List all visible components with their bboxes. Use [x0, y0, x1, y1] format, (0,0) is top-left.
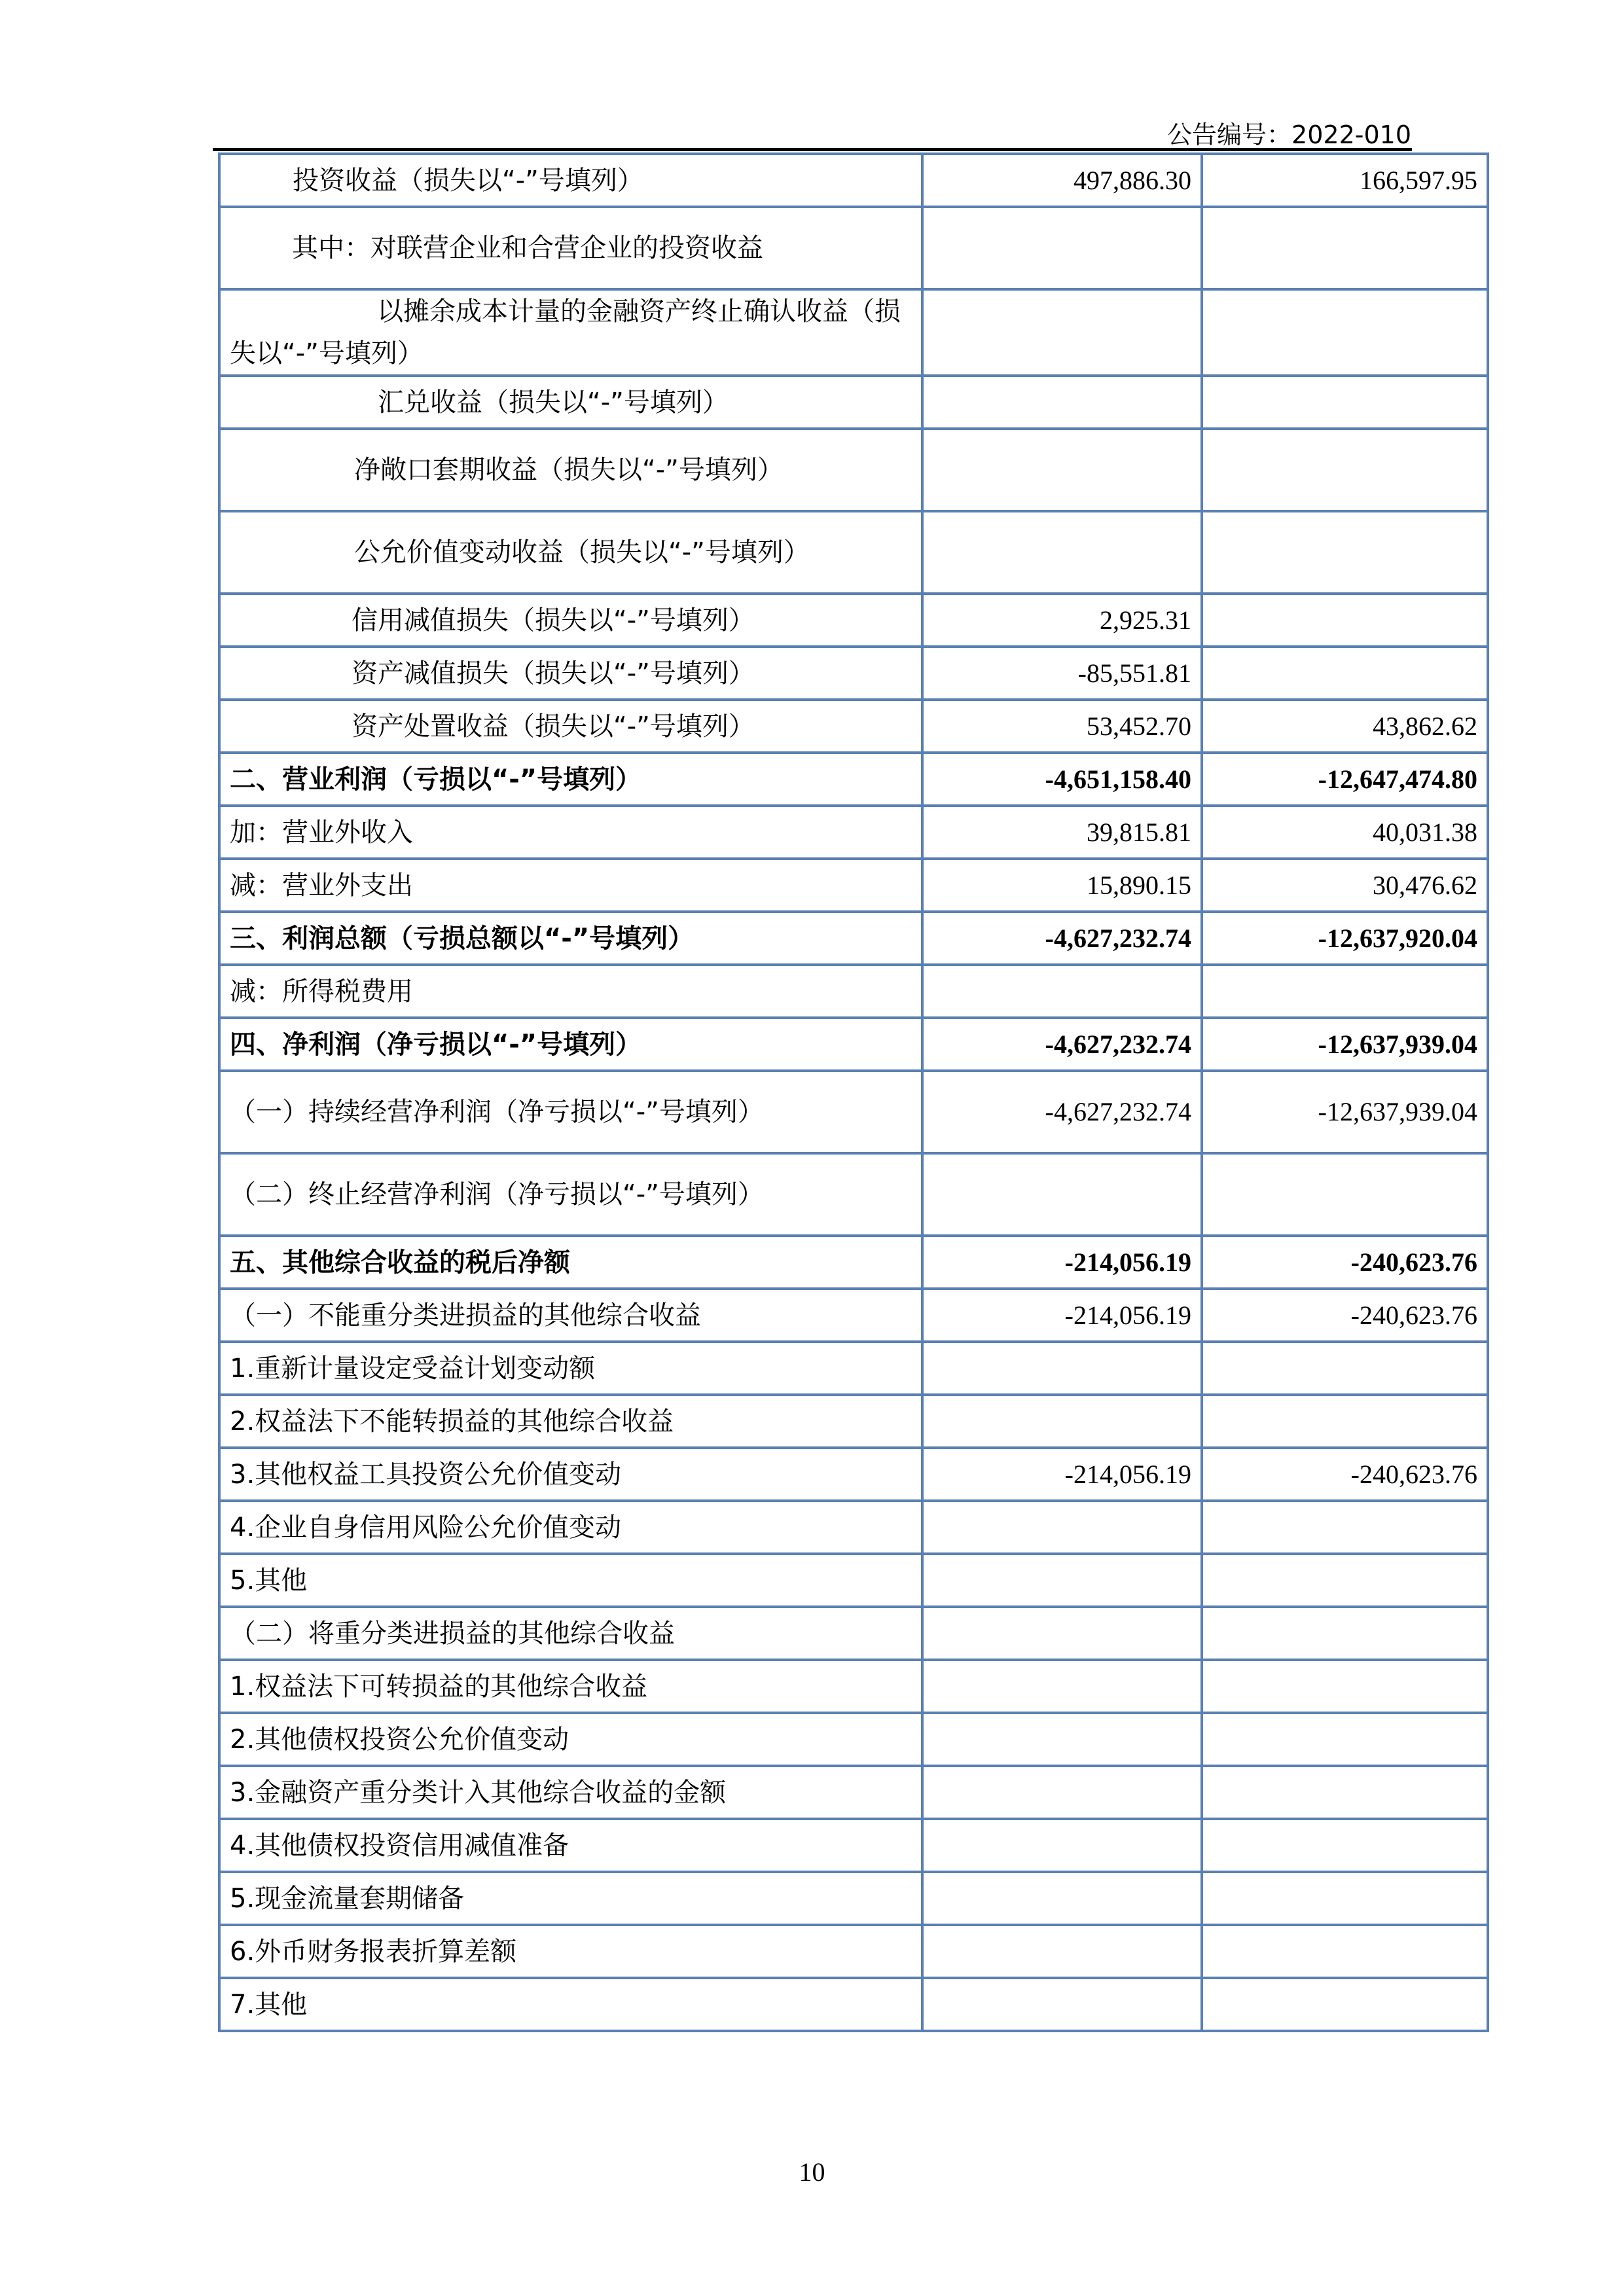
current-period-value — [922, 1607, 1202, 1660]
row-label: 净敞口套期收益（损失以“-”号填列） — [219, 429, 922, 511]
current-period-value — [922, 1395, 1202, 1448]
table-row-subtotal: 三、利润总额（亏损总额以“-”号填列） -4,627,232.74 -12,63… — [219, 912, 1488, 965]
current-period-value: -4,627,232.74 — [922, 912, 1202, 965]
prior-period-value — [1202, 207, 1488, 289]
row-label: （二）终止经营净利润（净亏损以“-”号填列） — [219, 1153, 922, 1236]
current-period-value: 53,452.70 — [922, 700, 1202, 753]
current-period-value: -4,651,158.40 — [922, 753, 1202, 806]
table-row-subtotal: 五、其他综合收益的税后净额 -214,056.19 -240,623.76 — [219, 1236, 1488, 1289]
table-row: 1.权益法下可转损益的其他综合收益 — [219, 1660, 1488, 1713]
table-row-subtotal: 二、营业利润（亏损以“-”号填列） -4,651,158.40 -12,647,… — [219, 753, 1488, 806]
current-period-value: 497,886.30 — [922, 154, 1202, 207]
prior-period-value — [1202, 1978, 1488, 2031]
prior-period-value — [1202, 1395, 1488, 1448]
prior-period-value — [1202, 376, 1488, 429]
table-row: 加：营业外收入 39,815.81 40,031.38 — [219, 806, 1488, 859]
table-row: 2.权益法下不能转损益的其他综合收益 — [219, 1395, 1488, 1448]
prior-period-value — [1202, 1819, 1488, 1872]
income-statement-table: 投资收益（损失以“-”号填列） 497,886.30 166,597.95 其中… — [218, 152, 1489, 2032]
table-row: 资产处置收益（损失以“-”号填列） 53,452.70 43,862.62 — [219, 700, 1488, 753]
announcement-number: 公告编号：2022-010 — [1167, 115, 1411, 151]
prior-period-value: -240,623.76 — [1202, 1289, 1488, 1342]
table-row: 5.其他 — [219, 1554, 1488, 1607]
current-period-value — [922, 1342, 1202, 1395]
row-label: 加：营业外收入 — [219, 806, 922, 859]
row-label: 信用减值损失（损失以“-”号填列） — [219, 594, 922, 647]
row-label: 3.其他权益工具投资公允价值变动 — [219, 1448, 922, 1501]
prior-period-value — [1202, 1925, 1488, 1978]
row-label: 2.权益法下不能转损益的其他综合收益 — [219, 1395, 922, 1448]
row-label: 其中：对联营企业和合营企业的投资收益 — [219, 207, 922, 289]
row-label: （一）持续经营净利润（净亏损以“-”号填列） — [219, 1071, 922, 1153]
row-label: （一）不能重分类进损益的其他综合收益 — [219, 1289, 922, 1342]
row-label: 4.其他债权投资信用减值准备 — [219, 1819, 922, 1872]
prior-period-value — [1202, 1713, 1488, 1766]
prior-period-value: -240,623.76 — [1202, 1236, 1488, 1289]
row-label: 6.外币财务报表折算差额 — [219, 1925, 922, 1978]
table-row: 7.其他 — [219, 1978, 1488, 2031]
row-label: 四、净利润（净亏损以“-”号填列） — [219, 1018, 922, 1071]
current-period-value — [922, 376, 1202, 429]
header-rule — [213, 148, 1412, 151]
prior-period-value: -240,623.76 — [1202, 1448, 1488, 1501]
current-period-value — [922, 289, 1202, 376]
current-period-value: -4,627,232.74 — [922, 1018, 1202, 1071]
table-row: 信用减值损失（损失以“-”号填列） 2,925.31 — [219, 594, 1488, 647]
prior-period-value: -12,637,920.04 — [1202, 912, 1488, 965]
current-period-value — [922, 511, 1202, 594]
table-row: 3.其他权益工具投资公允价值变动 -214,056.19 -240,623.76 — [219, 1448, 1488, 1501]
prior-period-value: 30,476.62 — [1202, 859, 1488, 912]
table-row: 以摊余成本计量的金融资产终止确认收益（损失以“-”号填列） — [219, 289, 1488, 376]
row-label: 1.重新计量设定受益计划变动额 — [219, 1342, 922, 1395]
prior-period-value — [1202, 429, 1488, 511]
current-period-value — [922, 1554, 1202, 1607]
table-row: 6.外币财务报表折算差额 — [219, 1925, 1488, 1978]
current-period-value: 2,925.31 — [922, 594, 1202, 647]
current-period-value: -214,056.19 — [922, 1448, 1202, 1501]
row-label: 1.权益法下可转损益的其他综合收益 — [219, 1660, 922, 1713]
table-row: 减：营业外支出 15,890.15 30,476.62 — [219, 859, 1488, 912]
prior-period-value — [1202, 1554, 1488, 1607]
row-label: 资产减值损失（损失以“-”号填列） — [219, 647, 922, 700]
table-row: 投资收益（损失以“-”号填列） 497,886.30 166,597.95 — [219, 154, 1488, 207]
table-row: （一）持续经营净利润（净亏损以“-”号填列） -4,627,232.74 -12… — [219, 1071, 1488, 1153]
table-row: 公允价值变动收益（损失以“-”号填列） — [219, 511, 1488, 594]
row-label: 4.企业自身信用风险公允价值变动 — [219, 1501, 922, 1554]
prior-period-value — [1202, 1766, 1488, 1819]
current-period-value: 39,815.81 — [922, 806, 1202, 859]
table-row: 1.重新计量设定受益计划变动额 — [219, 1342, 1488, 1395]
current-period-value — [922, 1713, 1202, 1766]
row-label: 减：所得税费用 — [219, 965, 922, 1018]
current-period-value — [922, 965, 1202, 1018]
table-row: 2.其他债权投资公允价值变动 — [219, 1713, 1488, 1766]
current-period-value — [922, 1978, 1202, 2031]
row-label: 二、营业利润（亏损以“-”号填列） — [219, 753, 922, 806]
row-label: 3.金融资产重分类计入其他综合收益的金额 — [219, 1766, 922, 1819]
row-label: 资产处置收益（损失以“-”号填列） — [219, 700, 922, 753]
prior-period-value — [1202, 1872, 1488, 1925]
prior-period-value — [1202, 1660, 1488, 1713]
prior-period-value: 43,862.62 — [1202, 700, 1488, 753]
row-label: 5.现金流量套期储备 — [219, 1872, 922, 1925]
prior-period-value — [1202, 1153, 1488, 1236]
table-row: 4.其他债权投资信用减值准备 — [219, 1819, 1488, 1872]
prior-period-value: 40,031.38 — [1202, 806, 1488, 859]
row-label: 投资收益（损失以“-”号填列） — [219, 154, 922, 207]
prior-period-value — [1202, 965, 1488, 1018]
current-period-value — [922, 1153, 1202, 1236]
current-period-value: -85,551.81 — [922, 647, 1202, 700]
table-row: 3.金融资产重分类计入其他综合收益的金额 — [219, 1766, 1488, 1819]
table-row: （二）将重分类进损益的其他综合收益 — [219, 1607, 1488, 1660]
prior-period-value — [1202, 1607, 1488, 1660]
current-period-value — [922, 1872, 1202, 1925]
table-row: 净敞口套期收益（损失以“-”号填列） — [219, 429, 1488, 511]
table-row: 5.现金流量套期储备 — [219, 1872, 1488, 1925]
row-label: 7.其他 — [219, 1978, 922, 2031]
prior-period-value — [1202, 647, 1488, 700]
table-row: 资产减值损失（损失以“-”号填列） -85,551.81 — [219, 647, 1488, 700]
current-period-value: 15,890.15 — [922, 859, 1202, 912]
table-row: 其中：对联营企业和合营企业的投资收益 — [219, 207, 1488, 289]
row-label: 减：营业外支出 — [219, 859, 922, 912]
prior-period-value — [1202, 511, 1488, 594]
prior-period-value — [1202, 289, 1488, 376]
table-row: 4.企业自身信用风险公允价值变动 — [219, 1501, 1488, 1554]
prior-period-value — [1202, 1342, 1488, 1395]
table-row: （二）终止经营净利润（净亏损以“-”号填列） — [219, 1153, 1488, 1236]
row-label: 公允价值变动收益（损失以“-”号填列） — [219, 511, 922, 594]
row-label: 汇兑收益（损失以“-”号填列） — [219, 376, 922, 429]
current-period-value — [922, 1925, 1202, 1978]
row-label: 2.其他债权投资公允价值变动 — [219, 1713, 922, 1766]
prior-period-value: -12,647,474.80 — [1202, 753, 1488, 806]
current-period-value: -214,056.19 — [922, 1289, 1202, 1342]
table-row: 汇兑收益（损失以“-”号填列） — [219, 376, 1488, 429]
row-label: （二）将重分类进损益的其他综合收益 — [219, 1607, 922, 1660]
row-label: 五、其他综合收益的税后净额 — [219, 1236, 922, 1289]
current-period-value — [922, 429, 1202, 511]
current-period-value — [922, 1766, 1202, 1819]
prior-period-value: 166,597.95 — [1202, 154, 1488, 207]
prior-period-value — [1202, 1501, 1488, 1554]
prior-period-value: -12,637,939.04 — [1202, 1071, 1488, 1153]
current-period-value — [922, 1819, 1202, 1872]
current-period-value — [922, 207, 1202, 289]
table-row: 减：所得税费用 — [219, 965, 1488, 1018]
current-period-value — [922, 1501, 1202, 1554]
row-label: 5.其他 — [219, 1554, 922, 1607]
prior-period-value — [1202, 594, 1488, 647]
row-label: 以摊余成本计量的金融资产终止确认收益（损失以“-”号填列） — [219, 289, 922, 376]
current-period-value: -214,056.19 — [922, 1236, 1202, 1289]
prior-period-value: -12,637,939.04 — [1202, 1018, 1488, 1071]
current-period-value: -4,627,232.74 — [922, 1071, 1202, 1153]
current-period-value — [922, 1660, 1202, 1713]
table-row: （一）不能重分类进损益的其他综合收益 -214,056.19 -240,623.… — [219, 1289, 1488, 1342]
table-row-subtotal: 四、净利润（净亏损以“-”号填列） -4,627,232.74 -12,637,… — [219, 1018, 1488, 1071]
page-number: 10 — [0, 2157, 1624, 2187]
row-label: 三、利润总额（亏损总额以“-”号填列） — [219, 912, 922, 965]
